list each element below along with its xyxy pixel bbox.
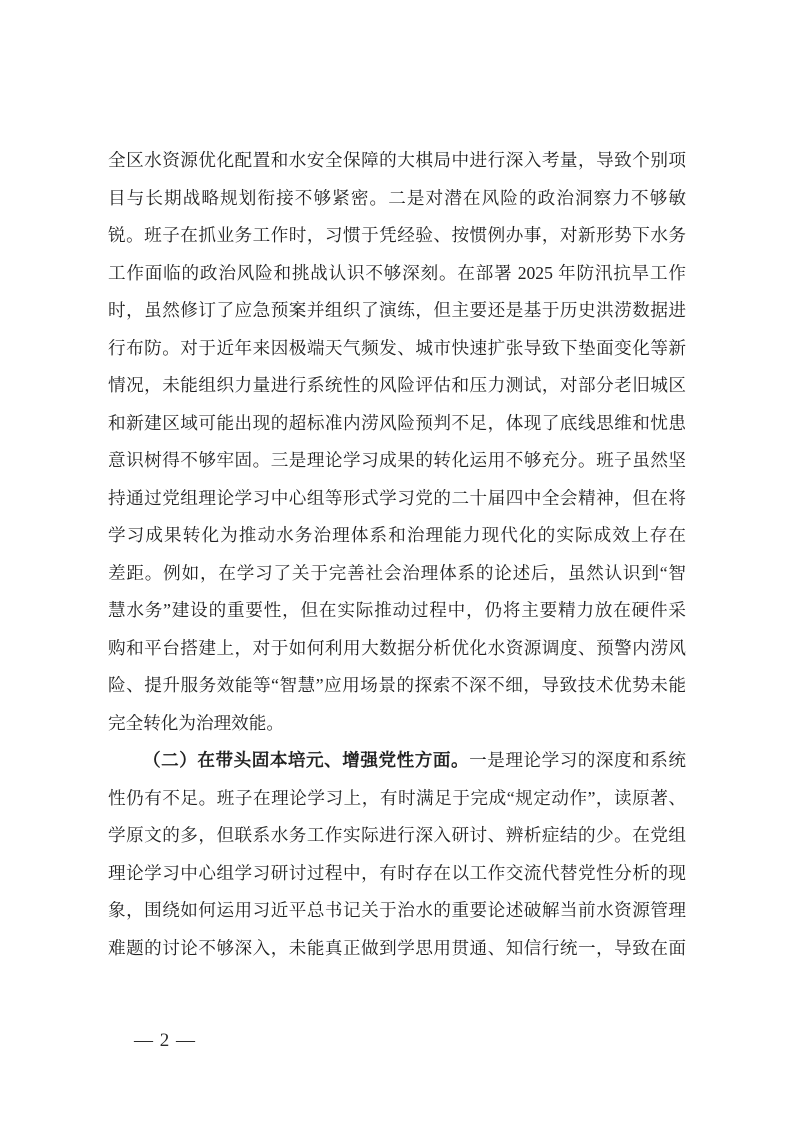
page-number: — 2 — [134,1029,196,1053]
body-text-line: 象，围绕如何运用习近平总书记关于治水的重要论述破解当前水资源管理 [108,892,686,930]
body-text-line: （二）在带头固本培元、增强党性方面。一是理论学习的深度和系统 [108,742,686,780]
document-page: 全区水资源优化配置和水安全保障的大棋局中进行深入考量，导致个别项目与长期战略规划… [0,0,793,1122]
body-text-line: 意识树得不够牢固。三是理论学习成果的转化运用不够充分。班子虽然坚 [108,442,686,480]
section-heading: （二）在带头固本培元、增强党性方面。 [143,750,469,770]
body-text-line: 学习成果转化为推动水务治理体系和治理能力现代化的实际成效上存在 [108,517,686,555]
body-text-line: 时，虽然修订了应急预案并组织了演练，但主要还是基于历史洪涝数据进 [108,292,686,330]
body-text-line: 工作面临的政治风险和挑战认识不够深刻。在部署 2025 年防汛抗旱工作 [108,255,686,293]
body-text-line: 和新建区域可能出现的超标准内涝风险预判不足，体现了底线思维和忧患 [108,405,686,443]
body-text-line: 持通过党组理论学习中心组等形式学习党的二十届四中全会精神，但在将 [108,480,686,518]
body-text-line: 理论学习中心组学习研讨过程中，有时存在以工作交流代替党性分析的现 [108,855,686,893]
body-text-segment: 一是理论学习的深度和系统 [469,750,686,770]
body-text-line: 差距。例如，在学习了关于完善社会治理体系的论述后，虽然认识到“智 [108,555,686,593]
body-text-line: 情况，未能组织力量进行系统性的风险评估和压力测试，对部分老旧城区 [108,367,686,405]
body-text-line: 目与长期战略规划衔接不够紧密。二是对潜在风险的政治洞察力不够敏 [108,180,686,218]
document-body: 全区水资源优化配置和水安全保障的大棋局中进行深入考量，导致个别项目与长期战略规划… [108,142,686,967]
body-text-line: 完全转化为治理效能。 [108,705,686,743]
body-text-line: 性仍有不足。班子在理论学习上，有时满足于完成“规定动作”，读原著、 [108,780,686,818]
body-text-line: 险、提升服务效能等“智慧”应用场景的探索不深不细，导致技术优势未能 [108,667,686,705]
body-text-line: 难题的讨论不够深入，未能真正做到学思用贯通、知信行统一，导致在面 [108,930,686,968]
body-text-line: 全区水资源优化配置和水安全保障的大棋局中进行深入考量，导致个别项 [108,142,686,180]
body-text-line: 学原文的多，但联系水务工作实际进行深入研讨、辨析症结的少。在党组 [108,817,686,855]
page-number-text: — 2 — [134,1030,196,1051]
body-text-line: 锐。班子在抓业务工作时，习惯于凭经验、按惯例办事，对新形势下水务 [108,217,686,255]
body-text-line: 慧水务”建设的重要性，但在实际推动过程中，仍将主要精力放在硬件采 [108,592,686,630]
body-text-line: 购和平台搭建上，对于如何利用大数据分析优化水资源调度、预警内涝风 [108,630,686,668]
body-text-line: 行布防。对于近年来因极端天气频发、城市快速扩张导致下垫面变化等新 [108,330,686,368]
